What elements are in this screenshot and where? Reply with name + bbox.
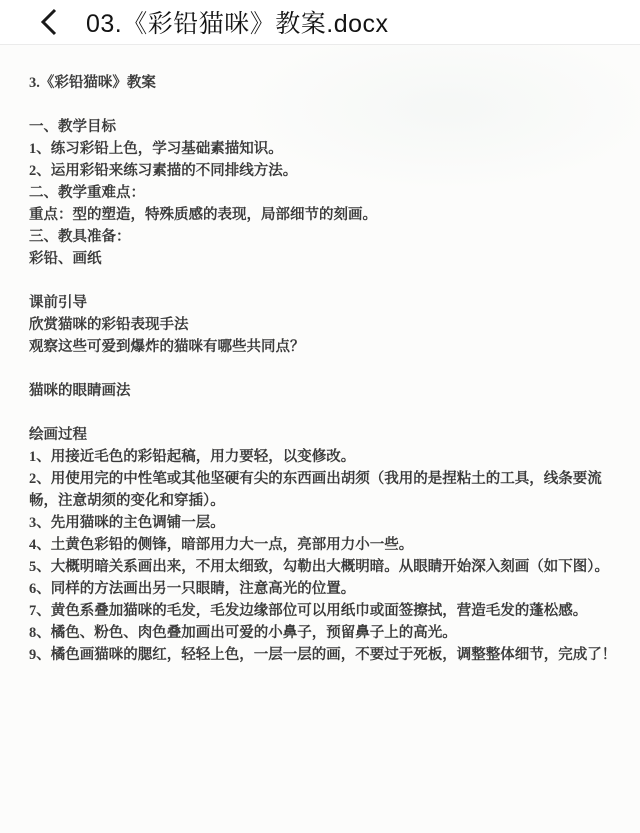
doc-line bbox=[29, 358, 638, 380]
doc-line: 2、运用彩铅来练习素描的不同排线方法。 bbox=[29, 160, 638, 182]
doc-line: 8、橘色、粉色、肉色叠加画出可爱的小鼻子，预留鼻子上的高光。 bbox=[29, 622, 638, 644]
doc-line: 观察这些可爱到爆炸的猫咪有哪些共同点？ bbox=[29, 336, 638, 358]
doc-line: 9、橘色画猫咪的腮红，轻轻上色，一层一层的画，不要过于死板，调整整体细节，完成了… bbox=[29, 644, 638, 666]
document-body[interactable]: 3.《彩铅猫咪》教案 一、教学目标1、练习彩铅上色，学习基础素描知识。2、运用彩… bbox=[0, 45, 640, 833]
back-button[interactable] bbox=[38, 6, 66, 38]
doc-line: 猫咪的眼睛画法 bbox=[29, 380, 638, 402]
doc-line bbox=[29, 402, 638, 424]
doc-line bbox=[29, 270, 638, 292]
doc-line: 三、教具准备： bbox=[29, 226, 638, 248]
doc-line: 重点：型的塑造，特殊质感的表现，局部细节的刻画。 bbox=[29, 204, 638, 226]
doc-line: 1、练习彩铅上色，学习基础素描知识。 bbox=[29, 138, 638, 160]
doc-line: 课前引导 bbox=[29, 292, 638, 314]
doc-line bbox=[29, 94, 638, 116]
doc-line: 1、用接近毛色的彩铅起稿，用力要轻，以变修改。 bbox=[29, 446, 638, 468]
doc-line: 3、先用猫咪的主色调铺一层。 bbox=[29, 512, 638, 534]
doc-line: 畅，注意胡须的变化和穿插）。 bbox=[29, 490, 638, 512]
doc-line: 欣赏猫咪的彩铅表现手法 bbox=[29, 314, 638, 336]
doc-line: 彩铅、画纸 bbox=[29, 248, 638, 270]
document-title: 03.《彩铅猫咪》教案.docx bbox=[86, 4, 389, 40]
doc-line: 4、土黄色彩铅的侧锋，暗部用力大一点，亮部用力小一些。 bbox=[29, 534, 638, 556]
doc-line: 3.《彩铅猫咪》教案 bbox=[29, 72, 638, 94]
document-viewer-screen: 03.《彩铅猫咪》教案.docx 3.《彩铅猫咪》教案 一、教学目标1、练习彩铅… bbox=[0, 0, 640, 833]
doc-line: 5、大概明暗关系画出来，不用太细致，勾勒出大概明暗。从眼睛开始深入刻画（如下图）… bbox=[29, 556, 638, 578]
doc-line: 6、同样的方法画出另一只眼睛，注意高光的位置。 bbox=[29, 578, 638, 600]
doc-line: 一、教学目标 bbox=[29, 116, 638, 138]
doc-line: 7、黄色系叠加猫咪的毛发，毛发边缘部位可以用纸巾或面签擦拭，营造毛发的蓬松感。 bbox=[29, 600, 638, 622]
doc-line: 2、用使用完的中性笔或其他坚硬有尖的东西画出胡须（我用的是捏粘土的工具，线条要流 bbox=[29, 468, 638, 490]
doc-line: 绘画过程 bbox=[29, 424, 638, 446]
doc-line: 二、教学重难点： bbox=[29, 182, 638, 204]
header-bar: 03.《彩铅猫咪》教案.docx bbox=[0, 0, 640, 45]
chevron-left-icon bbox=[38, 7, 60, 37]
